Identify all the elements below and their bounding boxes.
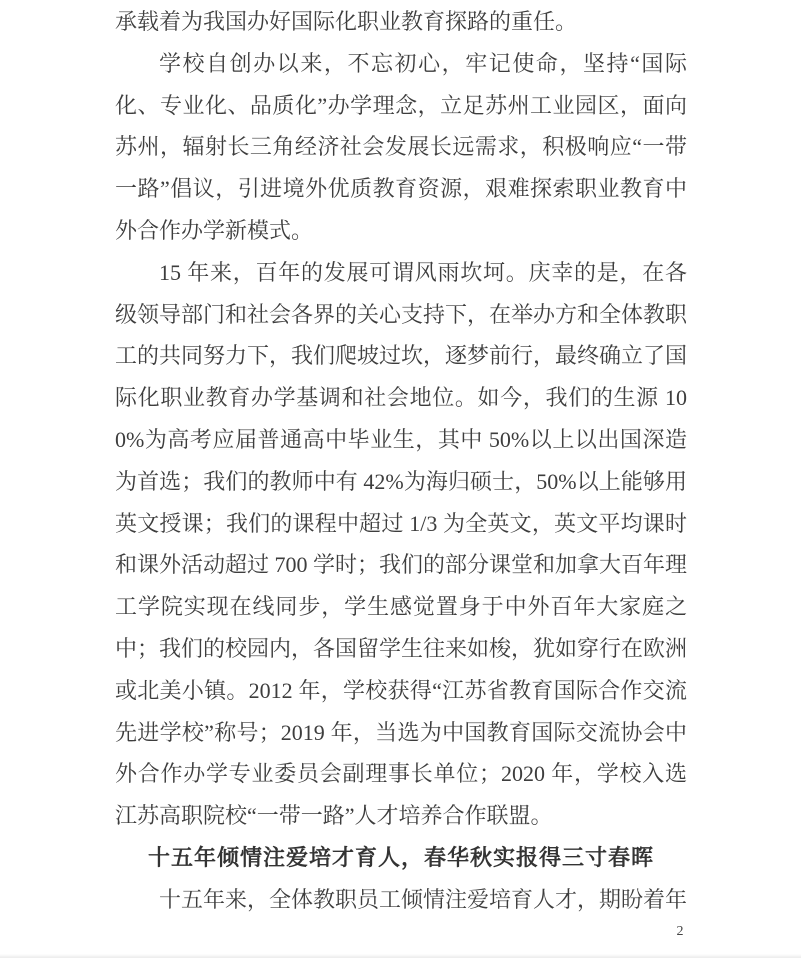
page-body: 承载着为我国办好国际化职业教育探路的重任。 学校自创办以来，不忘初心，牢记使命，… [115,1,687,921]
paragraph: 学校自创办以来，不忘初心，牢记使命，坚持“国际化、专业化、品质化”办学理念，立足… [115,43,687,252]
section-heading: 十五年倾情注爱培才育人，春华秋实报得三寸春晖 [115,837,687,879]
scan-edge-shadow [0,954,801,958]
page-number: 2 [670,922,690,942]
paragraph-continuation: 承载着为我国办好国际化职业教育探路的重任。 [115,1,687,43]
document-page: 承载着为我国办好国际化职业教育探路的重任。 学校自创办以来，不忘初心，牢记使命，… [0,0,801,958]
paragraph: 十五年来，全体教职员工倾情注爱培育人才，期盼着年 [115,879,687,921]
paragraph: 15 年来，百年的发展可谓风雨坎坷。庆幸的是，在各级领导部门和社会各界的关心支持… [115,252,687,837]
